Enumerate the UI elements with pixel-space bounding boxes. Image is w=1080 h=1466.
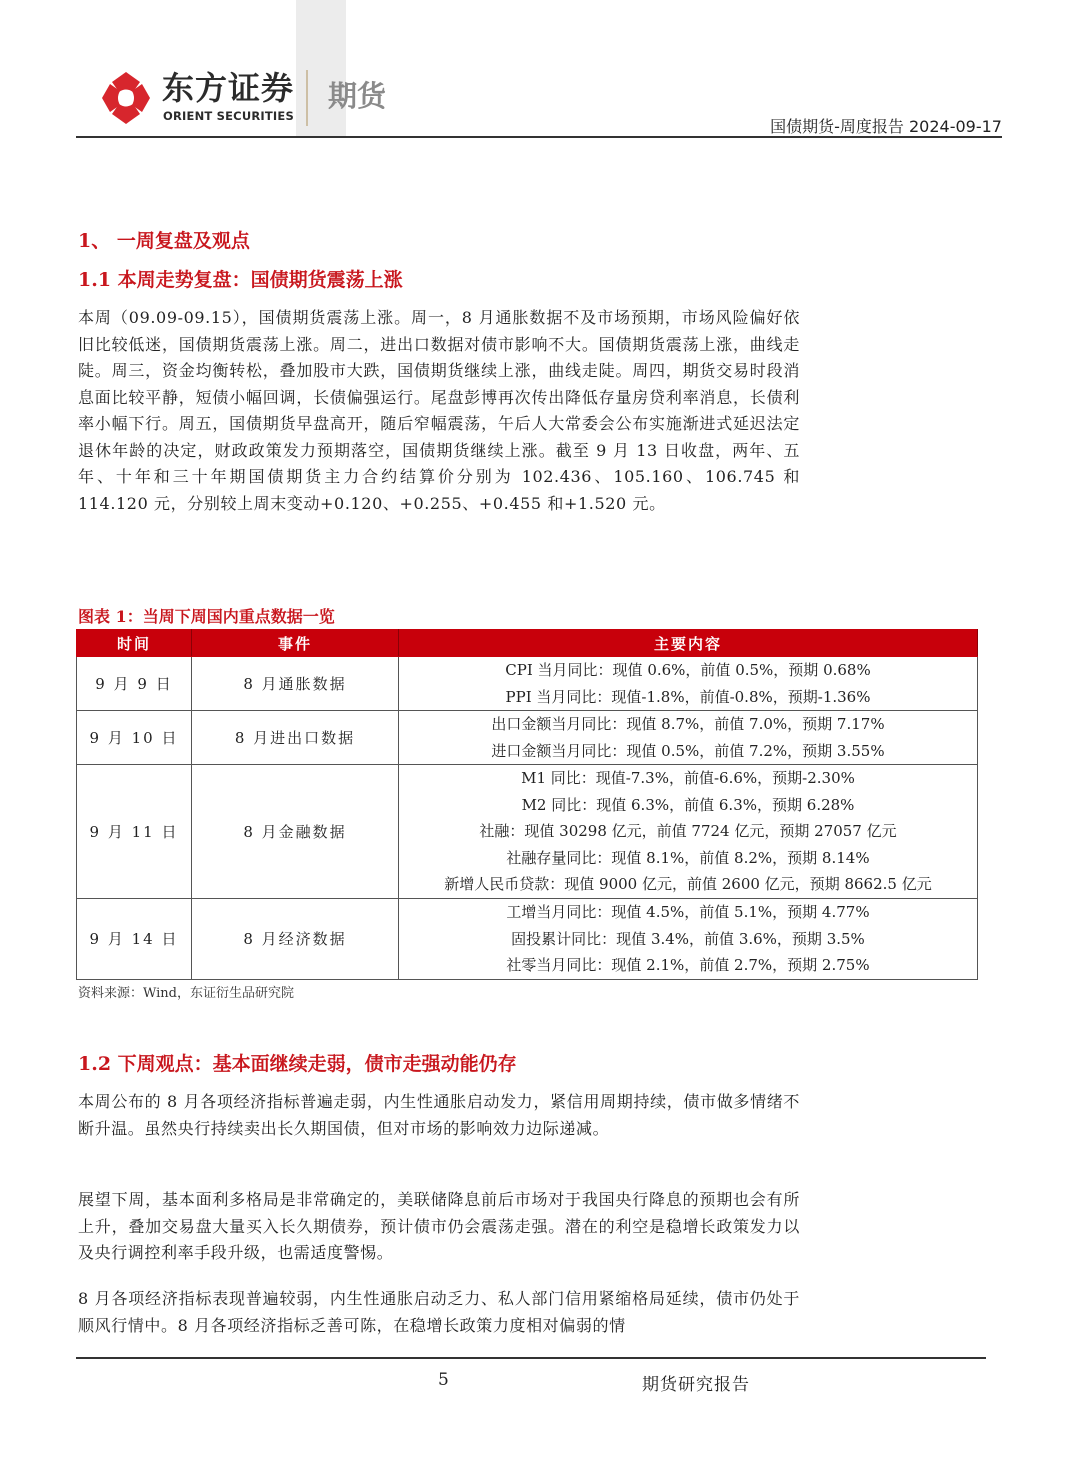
cell-event: 8 月金融数据 [192,765,399,899]
subsection-heading-1-1: 1.1 本周走势复盘：国债期货震荡上涨 [78,265,403,292]
footer-divider [76,1357,986,1359]
cell-time: 9 月 9 日 [77,657,192,711]
orient-securities-logo-icon [100,70,152,126]
cell-event: 8 月通胀数据 [192,657,399,711]
cell-content: M1 同比：现值-7.3%，前值-6.6%，预期-2.30% M2 同比：现值 … [399,765,978,899]
content-line: 社融：现值 30298 亿元，前值 7724 亿元，预期 27057 亿元 [399,818,977,845]
brand-name-cn: 东方证券 [162,70,294,106]
weekly-review-paragraph: 本周（09.09-09.15），国债期货震荡上涨。周一，8 月通胀数据不及市场预… [78,305,800,517]
brand-division: 期货 [328,74,386,115]
content-line: 新增人民币贷款：现值 9000 亿元，前值 2600 亿元，预期 8662.5 … [399,871,977,898]
outlook-paragraph-1: 本周公布的 8 月各项经济指标普遍走弱，内生性通胀启动发力，紧信用周期持续，债市… [78,1089,800,1142]
section-heading: 1、 一周复盘及观点 [78,226,250,253]
cell-content: 出口金额当月同比：现值 8.7%，前值 7.0%，预期 7.17% 进口金额当月… [399,711,978,765]
column-header-content: 主要内容 [399,630,978,657]
cell-event: 8 月经济数据 [192,899,399,980]
footer-label: 期货研究报告 [642,1370,750,1395]
content-line: PPI 当月同比：现值-1.8%，前值-0.8%，预期-1.36% [399,684,977,711]
cell-content: 工增当月同比：现值 4.5%，前值 5.1%，预期 4.77% 固投累计同比：现… [399,899,978,980]
outlook-paragraph-3: 8 月各项经济指标表现普遍较弱，内生性通胀启动乏力、私人部门信用紧缩格局延续，债… [78,1286,800,1339]
column-header-event: 事件 [192,630,399,657]
key-data-table: 时间 事件 主要内容 9 月 9 日 8 月通胀数据 CPI 当月同比：现值 0… [76,629,978,980]
table-row: 9 月 11 日 8 月金融数据 M1 同比：现值-7.3%，前值-6.6%，预… [77,765,978,899]
brand-divider [306,70,308,126]
header-gray-band [296,0,346,137]
content-line: 工增当月同比：现值 4.5%，前值 5.1%，预期 4.77% [399,899,977,926]
content-line: 社融存量同比：现值 8.1%，前值 8.2%，预期 8.14% [399,845,977,872]
header-divider [76,136,1002,138]
table-row: 9 月 10 日 8 月进出口数据 出口金额当月同比：现值 8.7%，前值 7.… [77,711,978,765]
table-source-note: 资料来源：Wind，东证衍生品研究院 [78,982,294,1001]
table-header-row: 时间 事件 主要内容 [77,630,978,657]
column-header-time: 时间 [77,630,192,657]
cell-content: CPI 当月同比：现值 0.6%，前值 0.5%，预期 0.68% PPI 当月… [399,657,978,711]
content-line: CPI 当月同比：现值 0.6%，前值 0.5%，预期 0.68% [399,657,977,684]
table-row: 9 月 9 日 8 月通胀数据 CPI 当月同比：现值 0.6%，前值 0.5%… [77,657,978,711]
cell-time: 9 月 14 日 [77,899,192,980]
table-row: 9 月 14 日 8 月经济数据 工增当月同比：现值 4.5%，前值 5.1%，… [77,899,978,980]
subsection-heading-1-2: 1.2 下周观点：基本面继续走弱，债市走强动能仍存 [78,1049,517,1076]
content-line: 固投累计同比：现值 3.4%，前值 3.6%，预期 3.5% [399,926,977,953]
content-line: M2 同比：现值 6.3%，前值 6.3%，预期 6.28% [399,792,977,819]
report-title: 国债期货-周度报告 2024-09-17 [770,114,1002,137]
content-line: M1 同比：现值-7.3%，前值-6.6%，预期-2.30% [399,765,977,792]
page-number: 5 [438,1370,449,1390]
content-line: 进口金额当月同比：现值 0.5%，前值 7.2%，预期 3.55% [399,738,977,765]
cell-event: 8 月进出口数据 [192,711,399,765]
outlook-paragraph-2: 展望下周，基本面利多格局是非常确定的，美联储降息前后市场对于我国央行降息的预期也… [78,1187,800,1267]
figure-title: 图表 1：当周下周国内重点数据一览 [78,604,335,627]
cell-time: 9 月 10 日 [77,711,192,765]
brand-name-en: ORIENT SECURITIES [163,109,294,123]
content-line: 社零当月同比：现值 2.1%，前值 2.7%，预期 2.75% [399,952,977,979]
content-line: 出口金额当月同比：现值 8.7%，前值 7.0%，预期 7.17% [399,711,977,738]
cell-time: 9 月 11 日 [77,765,192,899]
